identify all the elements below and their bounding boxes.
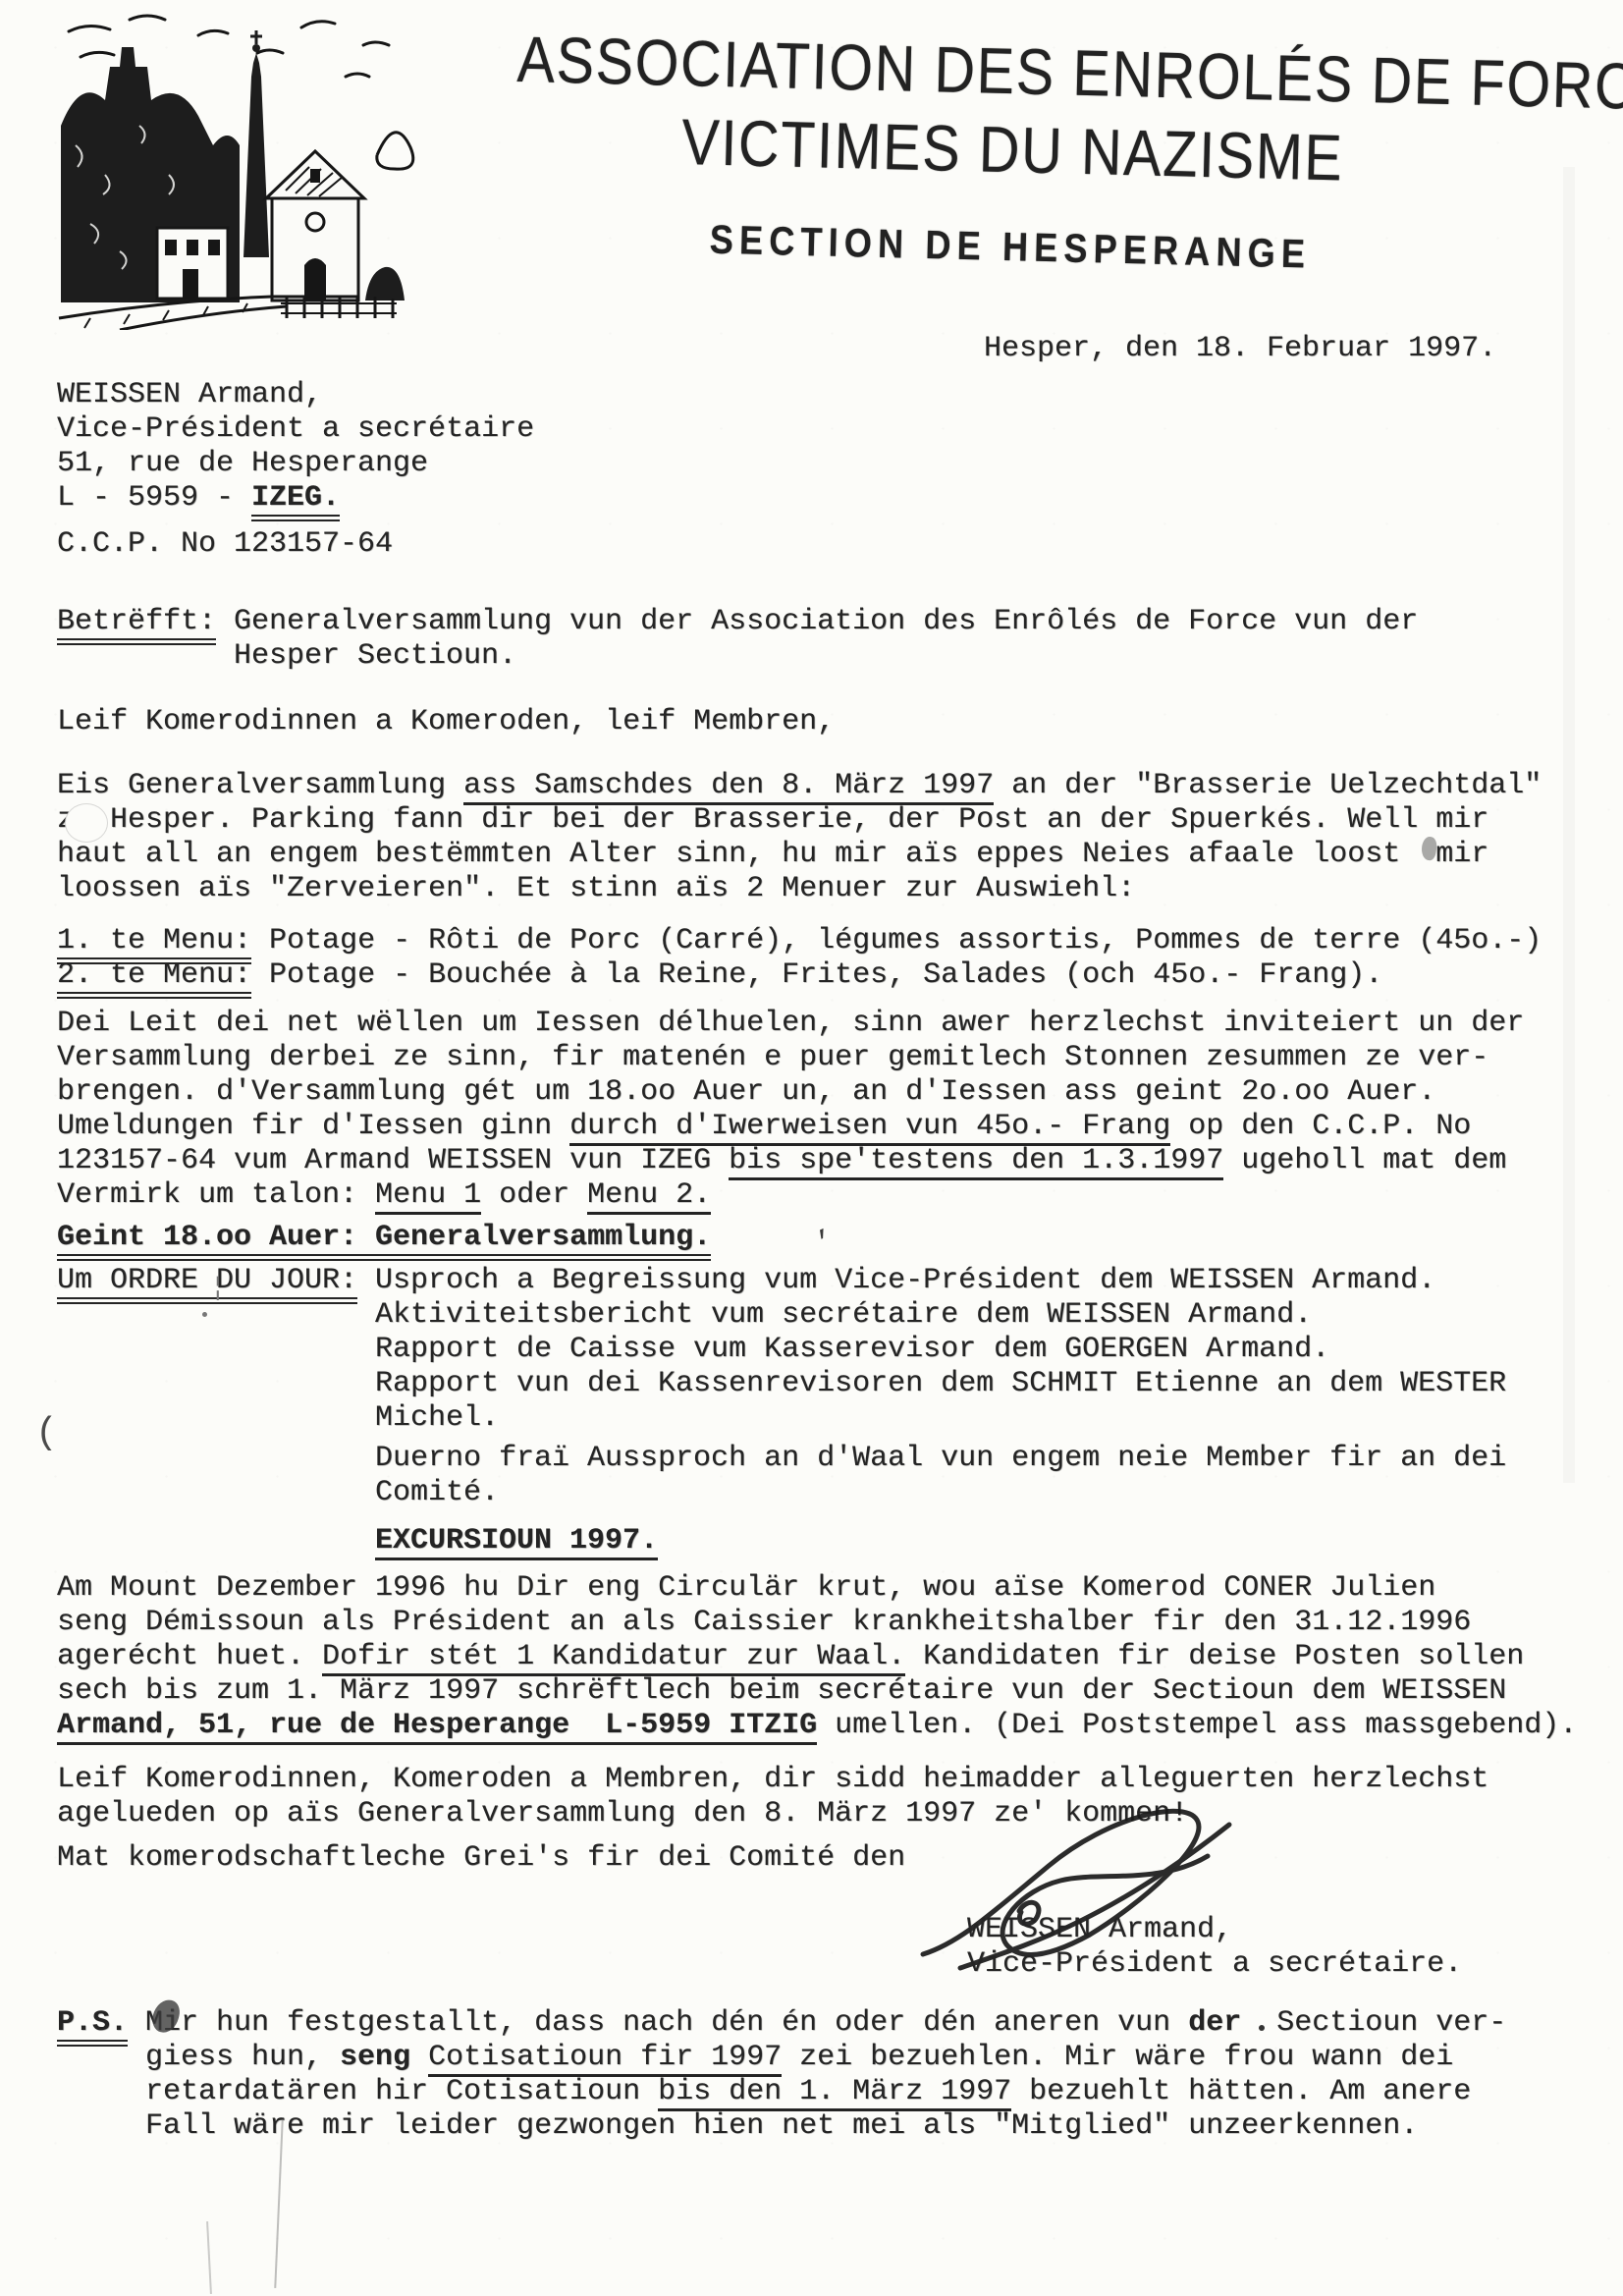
assembly-time-line: Geint 18.oo Auer: Generalversammlung. [57,1221,711,1255]
agenda-label: Um ORDRE DU JOUR: [57,1264,357,1298]
bush [365,267,405,301]
scan-artifact-tick: ‚ [805,1208,835,1245]
scan-artifact-edge-shade [1563,167,1575,1483]
scanned-letter-page: ASSOCIATION DES ENROLÉS DE FORCE VICTIME… [0,0,1623,2296]
agenda-items: Usproch a Begreissung vum Vice-Président… [375,1264,1506,1436]
scan-artifact-paren: ( [35,1412,58,1454]
section-title: SECTION DE HESPERANGE [507,212,1514,283]
paragraph-invitation: Eis Generalversammlung ass Samschdes den… [57,769,1542,906]
date-line: Hesper, den 18. Februar 1997. [984,332,1496,366]
menu-list: 1. te Menu: Potage - Rôti de Porc (Carré… [57,924,1542,993]
scan-artifact-scratch-1 [274,2119,284,2288]
letterhead: ASSOCIATION DES ENROLÉS DE FORCE VICTIME… [438,20,1588,284]
subject-text: Generalversammlung vun der Association d… [234,605,1418,674]
ps-label: P.S. [57,2006,128,2041]
paragraph-candidature: Am Mount Dezember 1996 hu Dir eng Circul… [57,1571,1577,1743]
subject-label: Betrëfft: [57,605,216,639]
agenda-free-discussion: Duerno fraï Aussproch an d'Waal vun enge… [375,1442,1506,1510]
regards-line: Mat komerodschaftleche Grei's fir dei Co… [57,1841,905,1876]
signatory-name: WEISSEN Armand, [967,1913,1232,1947]
village-church-woodcut-logo [51,6,419,330]
paragraph-attendance: Dei Leit dei net wëllen um Iessen délhue… [57,1007,1524,1213]
paragraph-closing: Leif Komerodinnen, Komeroden a Membren, … [57,1763,1488,1831]
ccp-account: C.C.P. No 123157-64 [57,527,393,562]
sender-address: WEISSEN Armand,Vice-Président a secrétai… [57,378,534,516]
scan-artifact-dot [202,1312,207,1317]
ps-note: Mir hun festgestallt, dass nach dén én o… [145,2006,1506,2144]
scan-artifact-scratch-2 [206,2221,212,2294]
spire [243,53,269,257]
signatory-role: Vice-Président a secrétaire. [967,1947,1462,1982]
excursion-heading: EXCURSIOUN 1997. [375,1524,658,1558]
salutation: Leif Komerodinnen a Komeroden, leif Memb… [57,705,835,739]
